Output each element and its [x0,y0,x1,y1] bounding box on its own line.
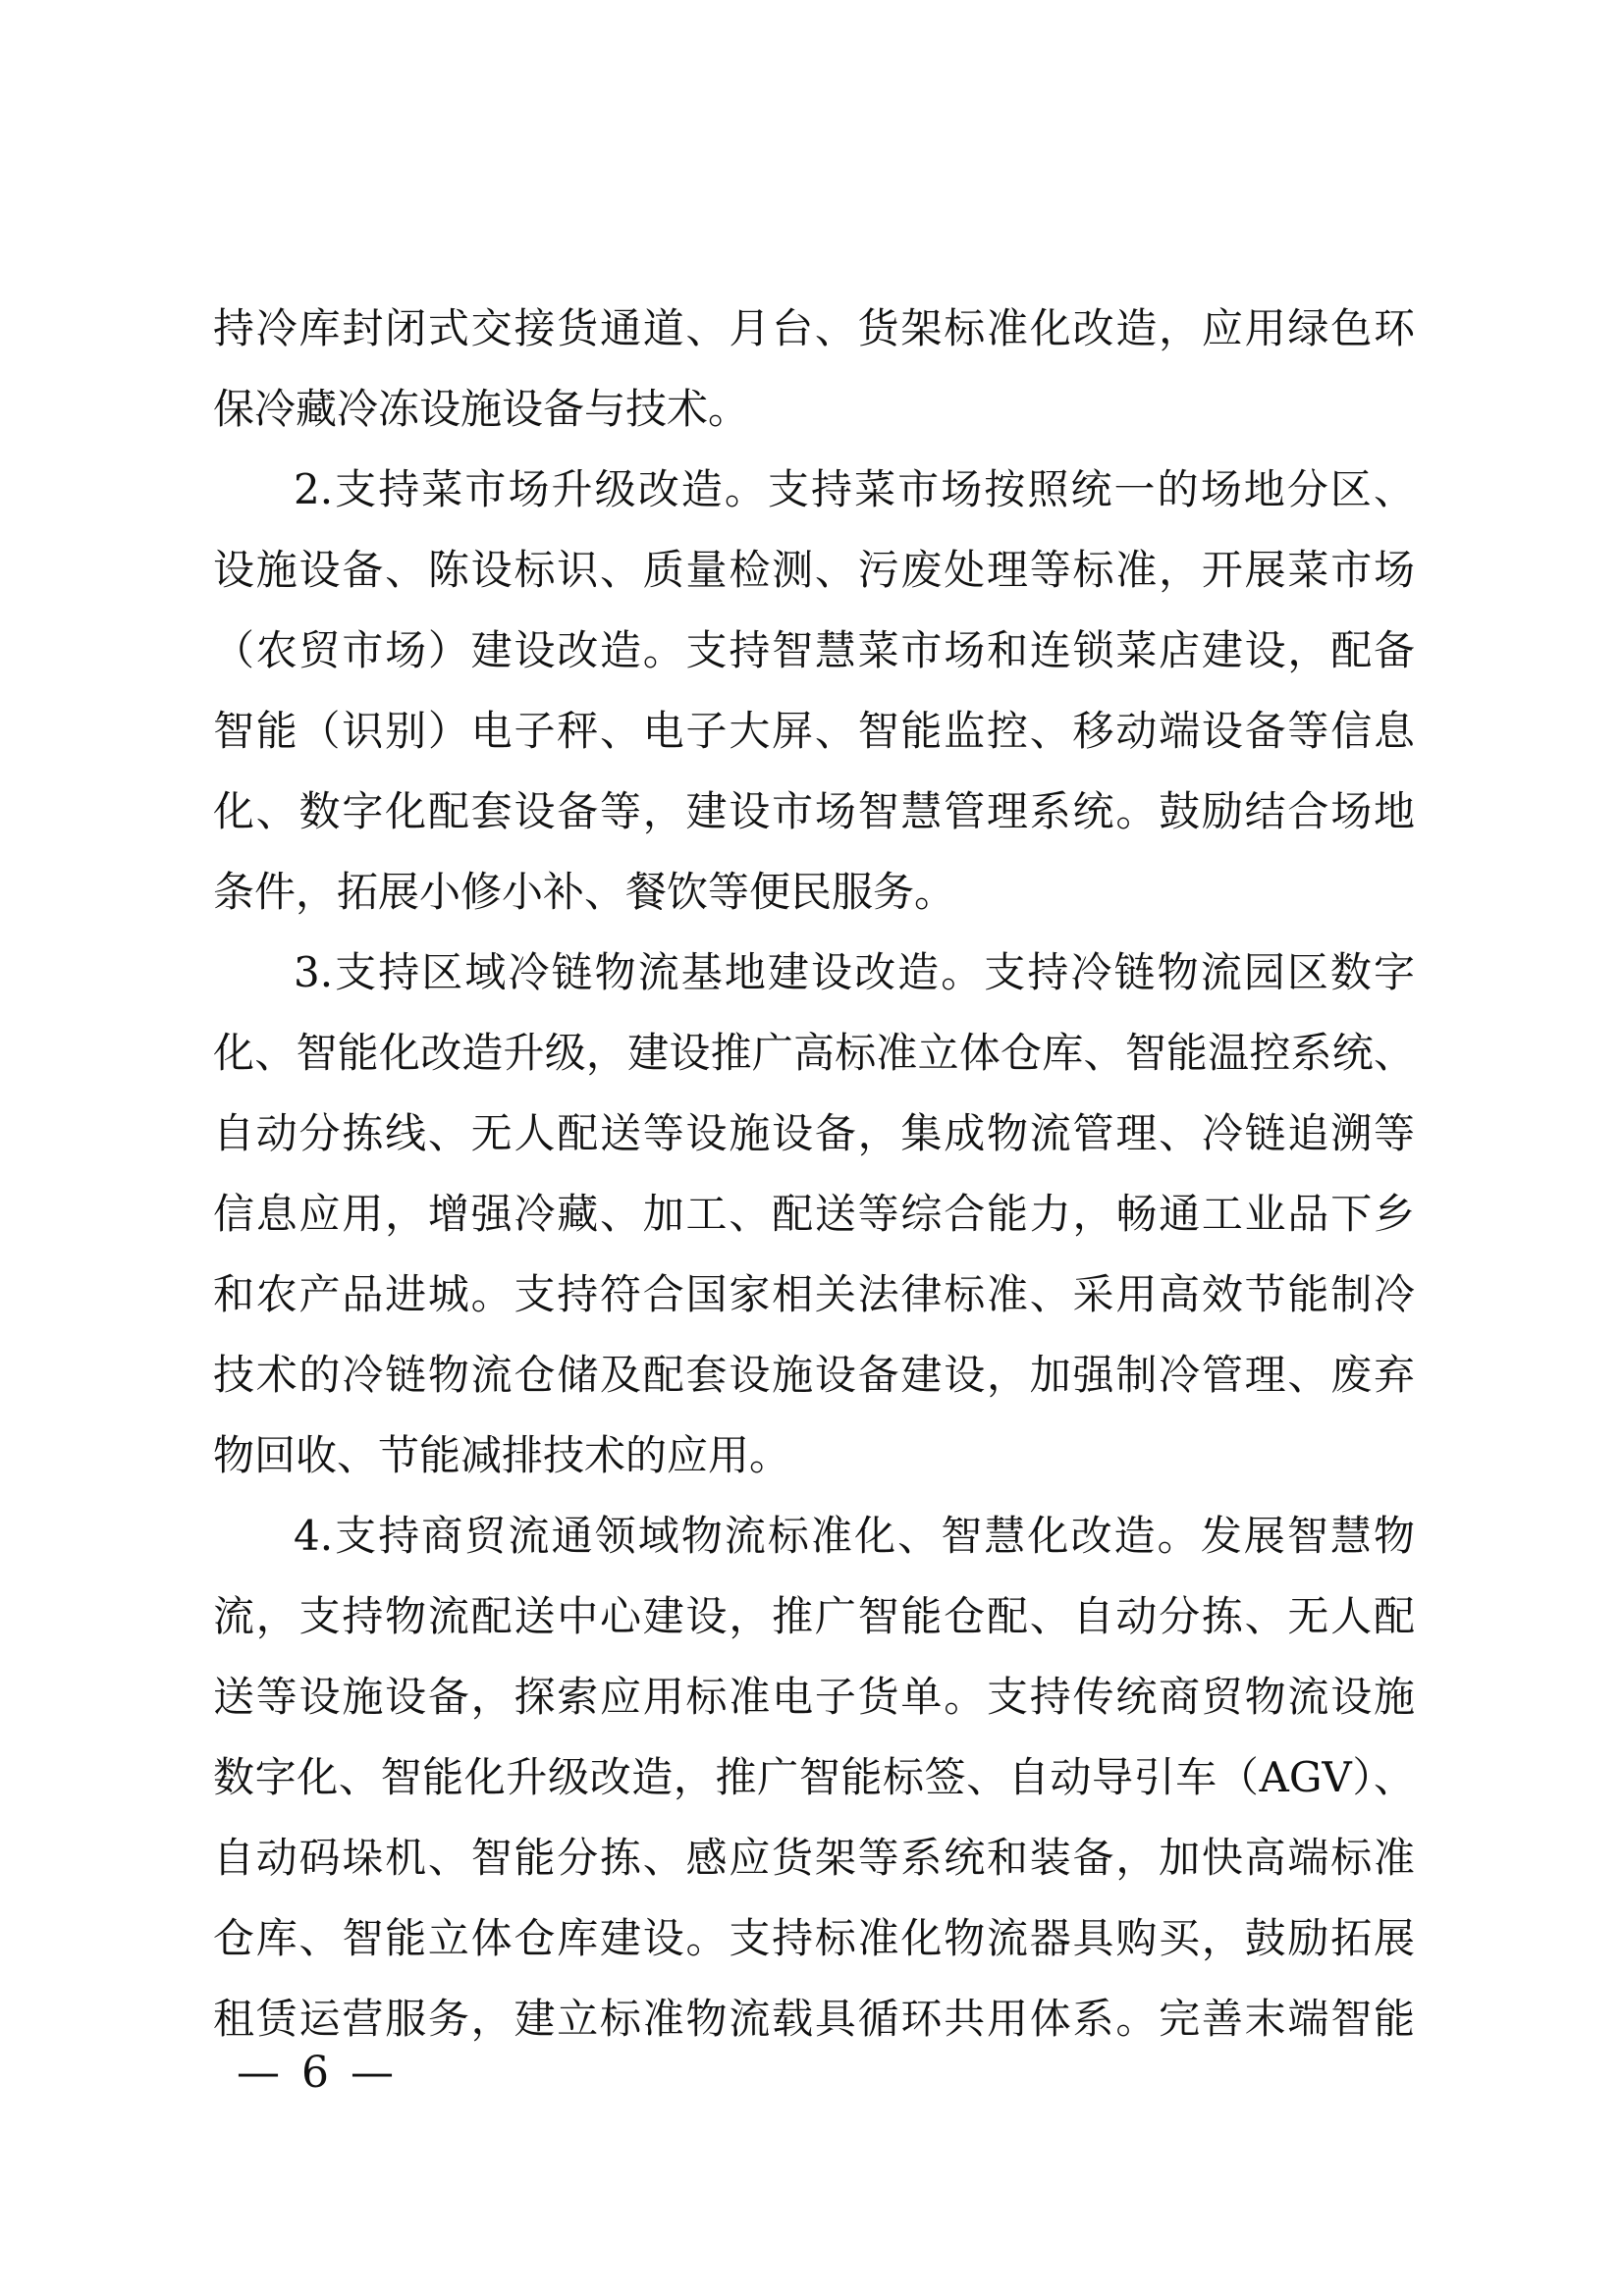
document-page: 持冷库封闭式交接货通道、月台、货架标准化改造，应用绿色环 保冷藏冷冻设施设备与技… [0,0,1623,2296]
text-line: 仓库、智能立体仓库建设。支持标准化物流器具购买，鼓励拓展 [213,1898,1415,1979]
text-line: 智能（识别）电子秤、电子大屏、智能监控、移动端设备等信息 [213,691,1415,772]
text-line: 流，支持物流配送中心建设，推广智能仓配、自动分拣、无人配 [213,1576,1415,1657]
text-line: 信息应用，增强冷藏、加工、配送等综合能力，畅通工业品下乡 [213,1174,1415,1255]
text-line: 物回收、节能减排技术的应用。 [213,1415,1415,1496]
text-line: 设施设备、陈设标识、质量检测、污废处理等标准，开展菜市场 [213,530,1415,611]
text-line: 数字化、智能化升级改造，推广智能标签、自动导引车（AGV）、 [213,1737,1415,1818]
text-line: 自动分拣线、无人配送等设施设备，集成物流管理、冷链追溯等 [213,1094,1415,1174]
text-line: 条件，拓展小修小补、餐饮等便民服务。 [213,852,1415,933]
text-line: 化、数字化配套设备等，建设市场智慧管理系统。鼓励结合场地 [213,772,1415,852]
page-number: — 6 — [237,2050,398,2097]
text-line: 3.支持区域冷链物流基地建设改造。支持冷链物流园区数字 [213,933,1415,1013]
text-line: 保冷藏冷冻设施设备与技术。 [213,369,1415,450]
text-line: 持冷库封闭式交接货通道、月台、货架标准化改造，应用绿色环 [213,289,1415,369]
text-line: 送等设施设备，探索应用标准电子货单。支持传统商贸物流设施 [213,1657,1415,1737]
text-line: 自动码垛机、智能分拣、感应货架等系统和装备，加快高端标准 [213,1818,1415,1898]
text-line: 和农产品进城。支持符合国家相关法律标准、采用高效节能制冷 [213,1255,1415,1335]
text-line: 技术的冷链物流仓储及配套设施设备建设，加强制冷管理、废弃 [213,1335,1415,1415]
text-line: （农贸市场）建设改造。支持智慧菜市场和连锁菜店建设，配备 [213,611,1415,691]
text-line: 4.支持商贸流通领域物流标准化、智慧化改造。发展智慧物 [213,1496,1415,1576]
text-line: 化、智能化改造升级，建设推广高标准立体仓库、智能温控系统、 [213,1013,1415,1094]
document-body-text: 持冷库封闭式交接货通道、月台、货架标准化改造，应用绿色环 保冷藏冷冻设施设备与技… [213,289,1415,2059]
text-line: 2.支持菜市场升级改造。支持菜市场按照统一的场地分区、 [213,450,1415,530]
